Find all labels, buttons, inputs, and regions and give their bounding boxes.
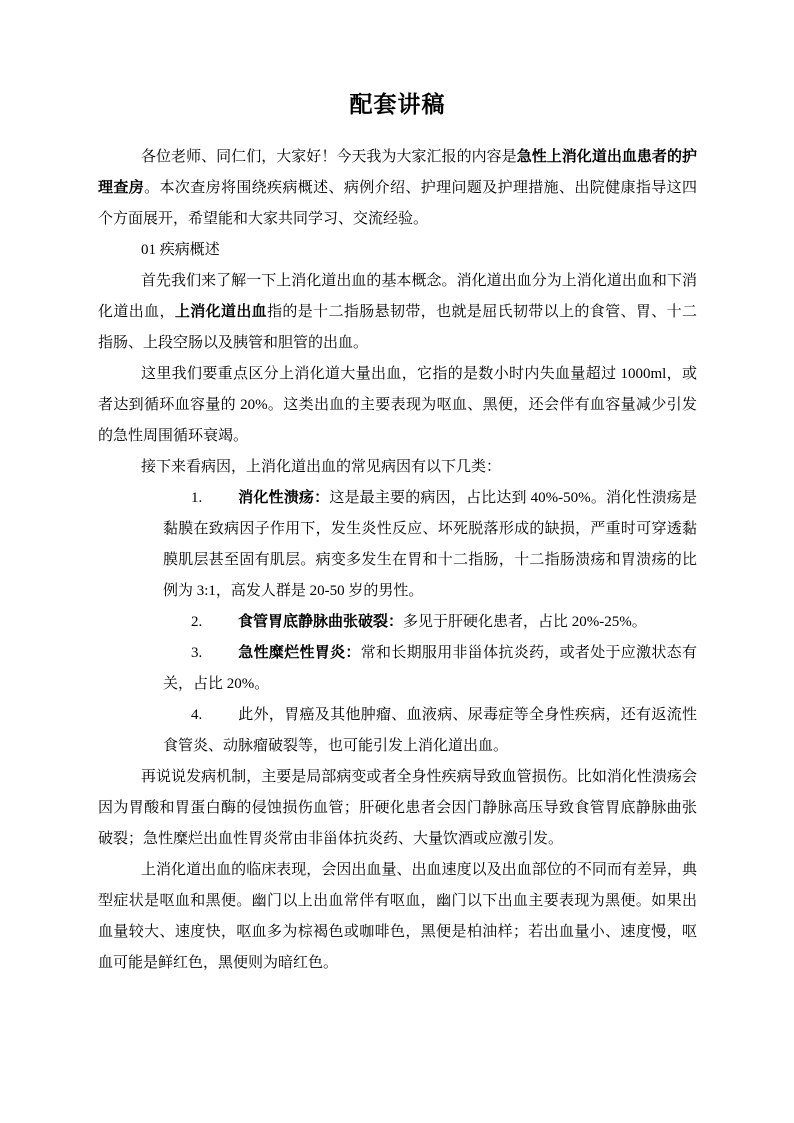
list-item: 3.急性糜烂性胃炎：常和长期服用非甾体抗炎药，或者处于应激状态有关，占比 20%… [98,638,697,700]
paragraph: 首先我们来了解一下上消化道出血的基本概念。消化道出血分为上消化道出血和下消化道出… [98,266,697,359]
text-run: 这里我们要重点区分上消化道大量出血，它指的是数小时内失血量超过 1000ml，或… [98,366,697,444]
text-run: 各位老师、同仁们，大家好！今天我为大家汇报的内容是 [141,149,517,165]
text-run: 上消化道出血的临床表现，会因出血量、出血速度以及出血部位的不同而有差异，典型症状… [98,862,697,971]
paragraph: 01 疾病概述 [98,235,697,266]
page-title: 配套讲稿 [98,88,697,122]
bold-text-run: 食管胃底静脉曲张破裂： [238,614,403,630]
text-run: 此外，胃癌及其他肿瘤、血液病、尿毒症等全身性疾病，还有返流性食管炎、动脉瘤破裂等… [163,707,697,754]
bold-text-run: 急性糜烂性胃炎： [238,645,361,661]
list-number: 4. [191,700,238,731]
bold-text-run: 上消化道出血 [175,304,267,320]
text-run: 接下来看病因，上消化道出血的常见病因有以下几类： [141,459,501,475]
paragraph: 上消化道出血的临床表现，会因出血量、出血速度以及出血部位的不同而有差异，典型症状… [98,855,697,979]
text-run: 再说说发病机制，主要是局部病变或者全身性疾病导致血管损伤。比如消化性溃疡会因为胃… [98,769,697,847]
list-item: 1.消化性溃疡：这是最主要的病因，占比达到 40%-50%。消化性溃疡是黏膜在致… [98,483,697,607]
list-number: 2. [191,607,238,638]
paragraph: 这里我们要重点区分上消化道大量出血，它指的是数小时内失血量超过 1000ml，或… [98,359,697,452]
list-item: 4.此外，胃癌及其他肿瘤、血液病、尿毒症等全身性疾病，还有返流性食管炎、动脉瘤破… [98,700,697,762]
list-item: 2.食管胃底静脉曲张破裂：多见于肝硬化患者，占比 20%-25%。 [98,607,697,638]
text-run: 这是最主要的病因，占比达到 40%-50%。消化性溃疡是黏膜在致病因子作用下，发… [163,490,697,599]
list-number: 3. [191,638,238,669]
list-number: 1. [191,483,238,514]
paragraph: 各位老师、同仁们，大家好！今天我为大家汇报的内容是急性上消化道出血患者的护理查房… [98,142,697,235]
text-run: 01 疾病概述 [141,242,220,258]
text-run: 多见于肝硬化患者，占比 20%-25%。 [403,614,647,630]
paragraph: 再说说发病机制，主要是局部病变或者全身性疾病导致血管损伤。比如消化性溃疡会因为胃… [98,762,697,855]
document-blocks: 各位老师、同仁们，大家好！今天我为大家汇报的内容是急性上消化道出血患者的护理查房… [98,142,697,979]
document-page: 配套讲稿 各位老师、同仁们，大家好！今天我为大家汇报的内容是急性上消化道出血患者… [0,0,794,1123]
bold-text-run: 消化性溃疡： [238,490,329,506]
paragraph: 接下来看病因，上消化道出血的常见病因有以下几类： [98,452,697,483]
text-run: 。本次查房将围绕疾病概述、病例介绍、护理问题及护理措施、出院健康指导这四个方面展… [98,180,697,227]
